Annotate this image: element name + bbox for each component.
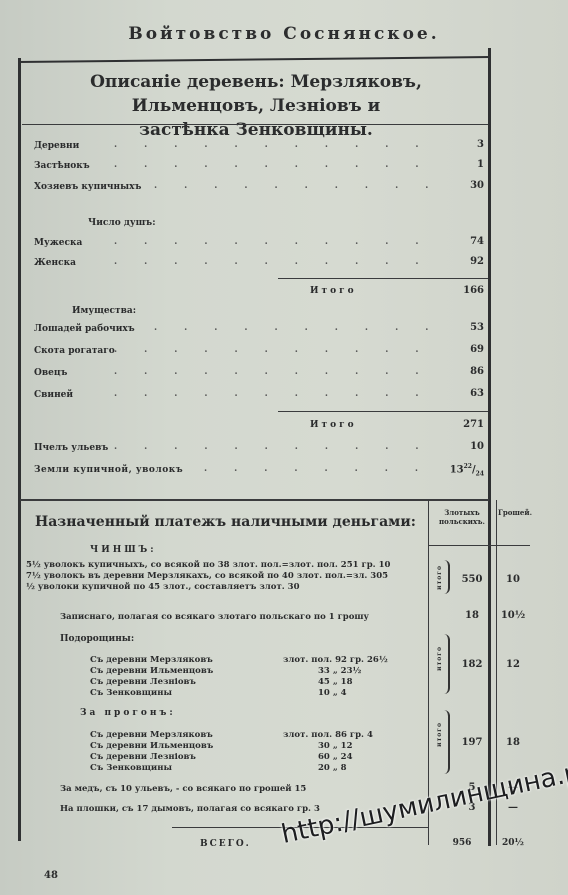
progon-amount: 30 „ 12 [318,741,353,751]
leader-dots: ............. [114,140,444,150]
frame-top-rule [18,56,490,63]
progon-amount: 20 „ 8 [318,763,347,773]
podoroshchiny-amount: 33 „ 23½ [318,666,361,676]
row-label: Хозяевъ купичныхъ [34,182,141,192]
row-label: Съ Зенковщины [90,763,172,773]
row-zastenok: Застѣнокъ ............. 1 [34,157,484,175]
zl: 10 [318,688,330,698]
row-label: Съ деревни Ильменцовъ [90,666,213,676]
gr-unit: „ [333,763,338,773]
row-male: Мужеска ............. 74 [34,234,484,252]
progon-brace [444,710,450,774]
row-pigs: Свиней ............. 63 [34,386,484,404]
podoroshchiny-row: Съ деревни Ильменцовъ [90,666,213,676]
progon-row: Съ деревни Ильменцовъ [90,741,213,751]
land-numerator: 22 [464,463,472,470]
chinsh-line-3: ½ уволоки купичной по 45 злот., составля… [26,582,300,592]
chinsh-line-1: 5½ уволокъ купичныхъ, со всякой по 38 зл… [26,560,390,570]
row-beehives: Пчелъ ульевъ ............. 10 [34,439,484,457]
row-label: Съ деревни Лезніовъ [90,752,196,762]
podoroshchiny-row: Съ Зенковщины [90,688,172,698]
gr-unit: „ [333,666,338,676]
col-header-grosh: Грошей. [498,508,528,517]
chinsh-line-2: 7½ уволокъ въ деревни Мерзлякахъ, со вся… [26,571,388,581]
chinsh-heading: ЧИНШЪ: [90,545,157,555]
row-label: Скота рогатаго [34,346,115,356]
row-label: Свиней [34,390,73,400]
row-cattle: Скота рогатаго ............. 69 [34,342,484,360]
zl: 45 [318,677,330,687]
leader-dots: ............. [114,345,444,355]
row-label: Пчелъ ульевъ [34,443,108,453]
page-header: Войтовство Соснянское. [0,24,568,44]
gr: 18 [341,677,353,687]
row-label: Земли купичной, уволокъ [34,465,183,475]
podoroshchiny-row: Съ деревни Мерзляковъ [90,655,213,665]
gr: 8 [341,763,347,773]
row-label: Съ Зенковщины [90,688,172,698]
property-total-rule [278,411,488,412]
row-value: 92 [470,256,484,267]
leader-dots: ............. [114,257,444,267]
gr: 23½ [341,666,362,676]
zapisnoe-line: Записнаго, полагая со всякаго злотаго по… [60,612,369,622]
gr-unit: „ [333,741,338,751]
row-value: 30 [470,180,484,191]
row-value: 10 [470,441,484,452]
row-value: 86 [470,366,484,377]
podoroshchiny-grosh: 12 [498,659,528,670]
land-whole: 13 [450,464,464,475]
total-label: ВСЕГО. [200,839,251,849]
document-page: Войтовство Соснянское. Описаніе деревень… [0,0,568,895]
zl: 92 [335,655,347,665]
podoroshchiny-amount: 45 „ 18 [318,677,353,687]
zl: 86 [335,730,347,740]
zapisnoe-zloty: 18 [452,610,492,621]
row-value: 3 [477,139,484,150]
souls-heading: Число душъ: [88,218,156,228]
page-number: 48 [44,870,58,881]
row-label: Овецъ [34,368,67,378]
progon-row: Съ деревни Лезніовъ [90,752,196,762]
row-label: Застѣнокъ [34,161,90,171]
leader-dots: ........... [154,323,444,333]
row-female: Женска ............. 92 [34,254,484,272]
row-label: Деревни [34,141,79,151]
honey-line: За медъ, съ 10 ульевъ, - со всякаго по г… [60,784,306,794]
progon-zloty: 197 [452,737,492,748]
row-land: Земли купичной, уволокъ ........ 1322/24 [34,461,484,479]
podoroshchiny-zloty: 182 [452,659,492,670]
progon-amount: 60 „ 24 [318,752,353,762]
chinsh-zloty: 550 [452,574,492,585]
gr: 12 [341,741,353,751]
row-sheep: Овецъ ............. 86 [34,364,484,382]
row-label: Съ деревни Лезніовъ [90,677,196,687]
row-value: 1 [477,159,484,170]
progon-itogo: итого [436,722,443,747]
zl: 33 [318,666,330,676]
leader-dots: ............. [114,389,444,399]
chinsh-grosh: 10 [498,574,528,585]
podoroshchiny-amount: злот. пол. 92 гр. 26½ [283,655,388,665]
description-title-line1: Описаніе деревень: Мерзляковъ, Ильменцов… [28,70,484,118]
chinsh-itogo: итого [436,565,443,590]
row-label: Лошадей рабочихъ [34,324,135,334]
row-households: Хозяевъ купичныхъ ........... 30 [34,178,484,196]
row-value: 74 [470,236,484,247]
land-denominator: 24 [476,470,484,477]
row-villages: Деревни ............. 3 [34,137,484,155]
progon-row: Съ Зенковщины [90,763,172,773]
total-zloty: 956 [430,838,494,848]
gr-unit: гр. [350,655,364,665]
progon-row: Съ деревни Мерзляковъ [90,730,213,740]
podoroshchiny-heading: Подорощины: [60,634,134,644]
souls-total-value: 166 [450,285,484,296]
col-header-rule [428,545,530,546]
gr: 4 [341,688,347,698]
payment-title: Назначенный платежъ наличными деньгами: [35,514,416,530]
progon-heading: За прогонъ: [80,708,176,718]
podoroshchiny-itogo: итого [436,646,443,671]
progon-amount: злот. пол. 86 гр. 4 [283,730,373,740]
zl: 20 [318,763,330,773]
leader-dots: ............. [114,442,444,452]
property-total-value: 271 [450,419,484,430]
gr-unit: „ [333,752,338,762]
zl: 60 [318,752,330,762]
gr-unit: „ [333,688,338,698]
property-total-label: Итого [310,420,357,430]
unit: злот. пол. [283,655,332,665]
property-heading: Имущества: [72,306,136,316]
leader-dots: ............. [114,367,444,377]
podoroshchiny-amount: 10 „ 4 [318,688,347,698]
souls-total-rule [278,278,488,279]
progon-grosh: 18 [498,737,528,748]
gr-unit: „ [333,677,338,687]
leader-dots: ............. [114,237,444,247]
gr: 26½ [367,655,388,665]
section-divider [20,499,489,501]
row-value: 53 [470,322,484,333]
row-horses: Лошадей рабочихъ ........... 53 [34,320,484,338]
podoroshchiny-brace [444,634,450,694]
row-value: 1322/24 [450,463,484,477]
zl: 30 [318,741,330,751]
row-label: Съ деревни Мерзляковъ [90,730,213,740]
row-label: Мужеска [34,238,82,248]
unit: злот. пол. [283,730,332,740]
gr-unit: гр. [350,730,364,740]
description-title: Описаніе деревень: Мерзляковъ, Ильменцов… [28,70,484,142]
frame-left-rule [18,58,21,841]
ploshki-line: На плошки, съ 17 дымовъ, полагая со всяк… [60,804,320,814]
leader-dots: ........... [154,181,444,191]
total-grosh: 20½ [498,838,528,848]
gr: 24 [341,752,353,762]
zapisnoe-grosh: 10½ [498,610,528,621]
podoroshchiny-row: Съ деревни Лезніовъ [90,677,196,687]
leader-dots: ............. [114,160,444,170]
gr: 4 [367,730,373,740]
frame-right-rule [488,48,491,846]
row-value: 69 [470,344,484,355]
col-header-zloty: Злотыхъ польскихъ. [430,508,494,526]
souls-total-label: Итого [310,286,357,296]
title-divider [22,124,488,125]
row-label: Съ деревни Ильменцовъ [90,741,213,751]
leader-dots: ........ [204,464,424,474]
chinsh-brace [444,560,450,594]
row-label: Съ деревни Мерзляковъ [90,655,213,665]
row-label: Женска [34,258,76,268]
row-value: 63 [470,388,484,399]
